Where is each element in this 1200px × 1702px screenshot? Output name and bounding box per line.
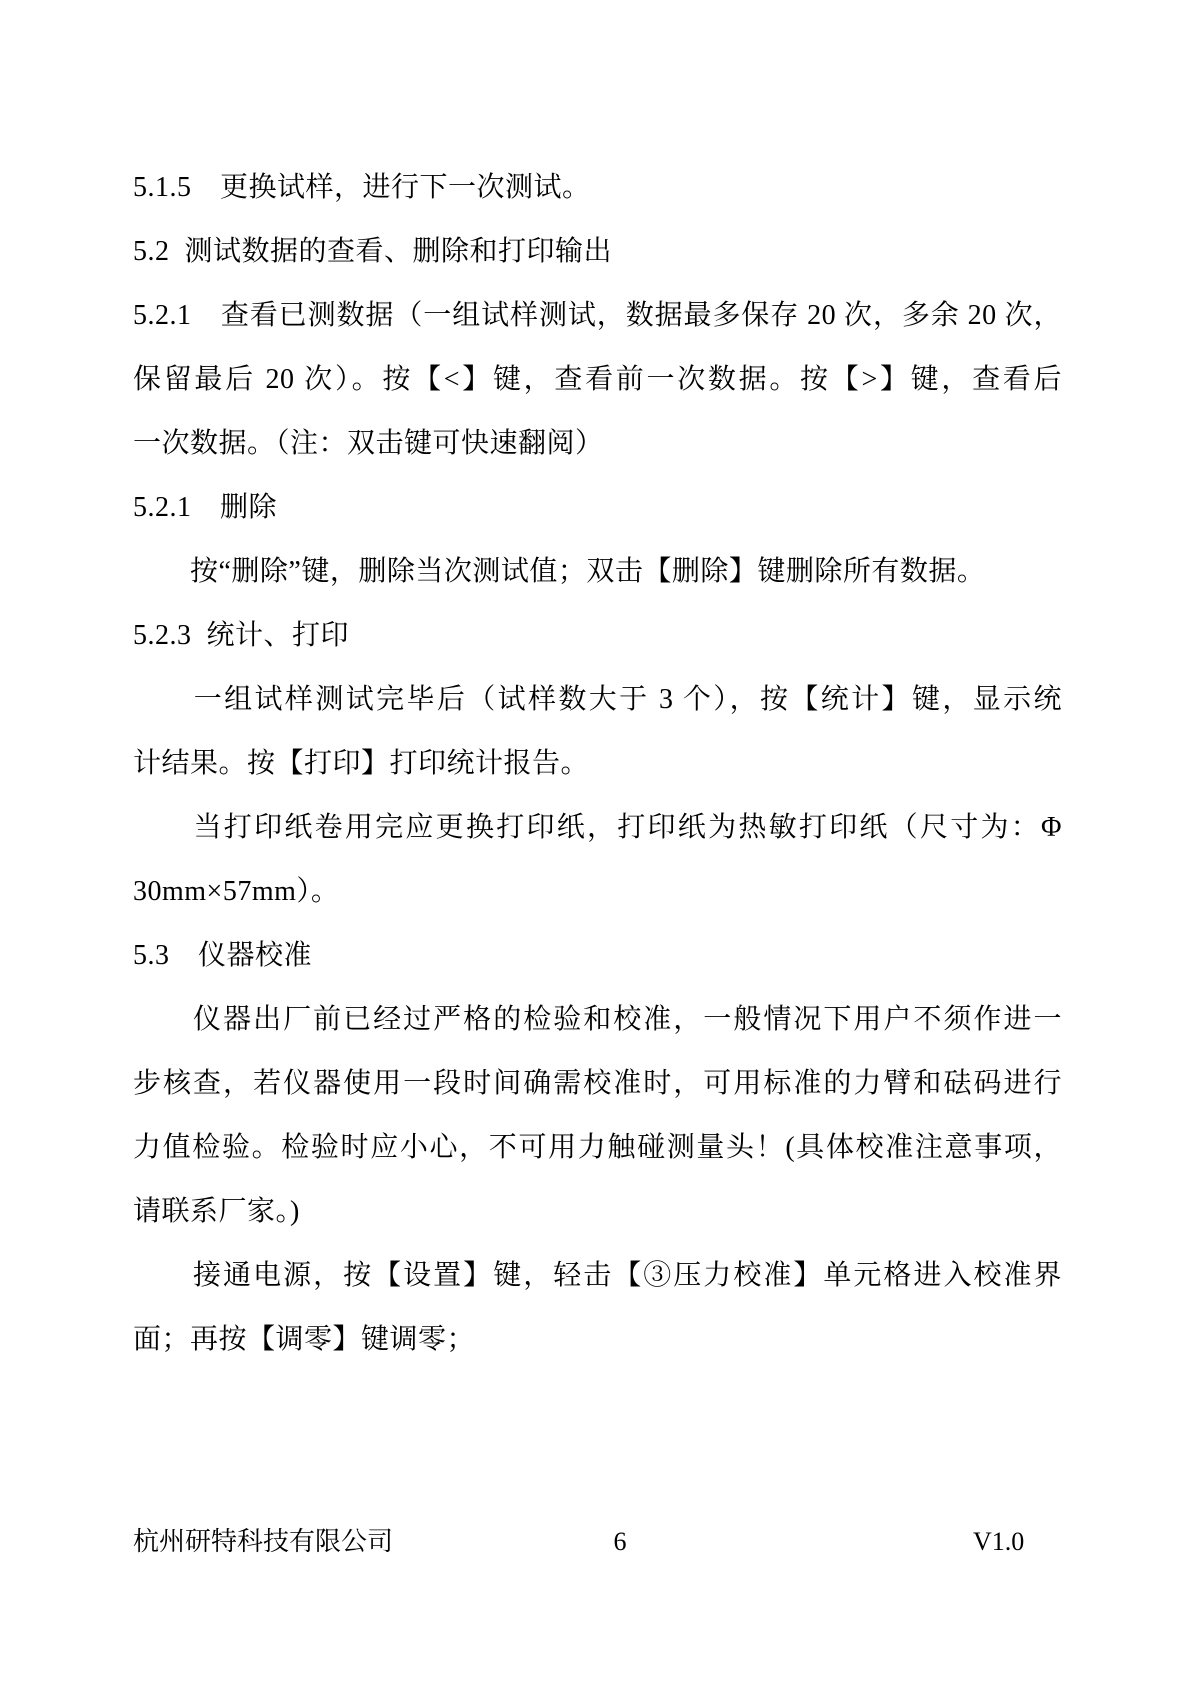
text-line: 一组试样测试完毕后（试样数大于 3 个），按【统计】键，显示统 xyxy=(133,668,1062,732)
text-line: 步核查，若仪器使用一段时间确需校准时，可用标准的力臂和砝码进行 xyxy=(133,1052,1062,1116)
text-line: 5.2 测试数据的查看、删除和打印输出 xyxy=(133,220,1062,284)
footer-company: 杭州研特科技有限公司 xyxy=(133,1516,393,1568)
text-line: 当打印纸卷用完应更换打印纸，打印纸为热敏打印纸（尺寸为：Φ xyxy=(133,796,1062,860)
text-line: 请联系厂家。) xyxy=(133,1180,1062,1244)
text-line: 一次数据。（注：双击键可快速翻阅） xyxy=(133,412,1062,476)
text-line: 5.2.1 查看已测数据（一组试样测试，数据最多保存 20 次，多余 20 次， xyxy=(133,284,1062,348)
text-line: 按“删除”键，删除当次测试值；双击【删除】键删除所有数据。 xyxy=(133,540,1062,604)
text-line: 5.2.3 统计、打印 xyxy=(133,604,1062,668)
text-line: 力值检验。检验时应小心，不可用力触碰测量头！(具体校准注意事项， xyxy=(133,1116,1062,1180)
footer-page-number: 6 xyxy=(560,1516,680,1568)
text-line: 接通电源，按【设置】键，轻击【③压力校准】单元格进入校准界 xyxy=(133,1244,1062,1308)
document-page: 5.1.5 更换试样，进行下一次测试。5.2 测试数据的查看、删除和打印输出5.… xyxy=(0,0,1200,1702)
text-line: 5.1.5 更换试样，进行下一次测试。 xyxy=(133,156,1062,220)
page-footer: 杭州研特科技有限公司 6 V1.0 xyxy=(0,1516,1200,1568)
text-line: 30mm×57mm）。 xyxy=(133,860,1062,924)
document-body: 5.1.5 更换试样，进行下一次测试。5.2 测试数据的查看、删除和打印输出5.… xyxy=(133,156,1062,1372)
text-line: 保留最后 20 次）。按【<】键，查看前一次数据。按【>】键，查看后 xyxy=(133,348,1062,412)
text-line: 5.2.1 删除 xyxy=(133,476,1062,540)
text-line: 5.3 仪器校准 xyxy=(133,924,1062,988)
footer-version: V1.0 xyxy=(973,1516,1024,1568)
text-line: 面；再按【调零】键调零； xyxy=(133,1308,1062,1372)
text-line: 计结果。按【打印】打印统计报告。 xyxy=(133,732,1062,796)
text-line: 仪器出厂前已经过严格的检验和校准，一般情况下用户不须作进一 xyxy=(133,988,1062,1052)
